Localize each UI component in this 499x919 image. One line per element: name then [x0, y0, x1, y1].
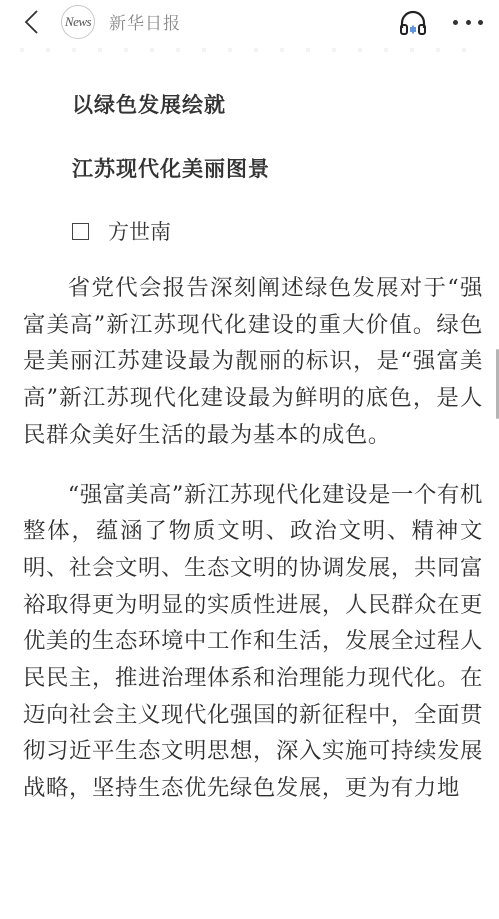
article-paragraph: 省党代会报告深刻阐述绿色发展对于“强富美高”新江苏现代化建设的重大价值。绿色是美… — [23, 270, 483, 454]
faded-divider — [20, 48, 480, 52]
back-button[interactable] — [20, 8, 44, 36]
logo-text: News — [65, 14, 91, 30]
more-dot-icon — [453, 20, 458, 25]
headphones-icon — [398, 8, 428, 38]
listen-button[interactable] — [398, 8, 428, 38]
author-byline: 方世南 — [72, 216, 171, 246]
chevron-left-icon — [20, 8, 44, 36]
author-name: 方世南 — [108, 216, 171, 246]
article-body: 省党代会报告深刻阐述绿色发展对于“强富美高”新江苏现代化建设的重大价值。绿色是美… — [23, 270, 483, 830]
top-navigation-bar: News 新华日报 — [0, 0, 499, 44]
article-title-line-2: 江苏现代化美丽图景 — [72, 153, 270, 183]
article-title-line-1: 以绿色发展绘就 — [72, 89, 226, 119]
more-dot-icon — [478, 20, 483, 25]
news-logo: News — [61, 5, 95, 39]
square-icon — [72, 223, 89, 240]
article-paragraph: “强富美高”新江苏现代化建设是一个有机整体，蕴涵了物质文明、政治文明、精神文明、… — [23, 477, 483, 807]
more-dot-icon — [466, 20, 471, 25]
source-name[interactable]: 新华日报 — [109, 9, 181, 34]
more-options-button[interactable] — [453, 18, 483, 26]
